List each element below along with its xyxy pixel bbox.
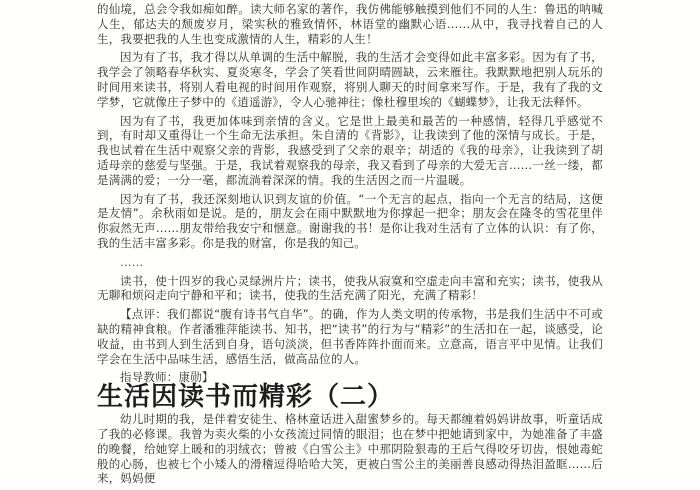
essay1-ellipsis-line: …… bbox=[97, 255, 603, 270]
scanned-page: 的仙境，总会令我如痴如醉。读大师名家的著作，我仿佛能够触摸到他们不同的人生：鲁迅… bbox=[0, 0, 700, 470]
essay1-paragraph: 因为有了书，我更加体味到亲情的含义。它是世上最美和最苦的一种感情，轻得几乎感觉不… bbox=[97, 114, 603, 188]
essay1-paragraph: 因为有了书，我才得以从单调的生活中解脱，我的生活才会变得如此丰富多彩。因为有了书… bbox=[97, 50, 603, 109]
essay1-paragraph-continuation: 的仙境，总会令我如痴如醉。读大师名家的著作，我仿佛能够触摸到他们不同的人生：鲁迅… bbox=[97, 2, 603, 46]
essay2-paragraph: 幼儿时期的我，是伴着安徒生、格林童话进入甜蜜梦乡的。每天都缠着妈妈讲故事，听童话… bbox=[97, 412, 603, 470]
essay1-paragraph: 因为有了书，我还深刻地认识到友谊的价值。“一个无言的起点，指向一个无言的结局，这… bbox=[97, 192, 603, 251]
essay2-title: 生活因读书而精彩（二） bbox=[97, 384, 603, 411]
essay1-paragraph: 读书，使十四岁的我心灵绿洲片片；读书，使我从寂寞和空虚走向丰富和充实；读书，使我… bbox=[97, 274, 603, 304]
essay1-reviewer-comment: 【点评：我们都说“腹有诗书气自华”。的确，作为人类文明的传承物，书是我们生活中不… bbox=[97, 307, 603, 366]
essay-text-block: 的仙境，总会令我如痴如醉。读大师名家的著作，我仿佛能够触摸到他们不同的人生：鲁迅… bbox=[97, 2, 603, 470]
